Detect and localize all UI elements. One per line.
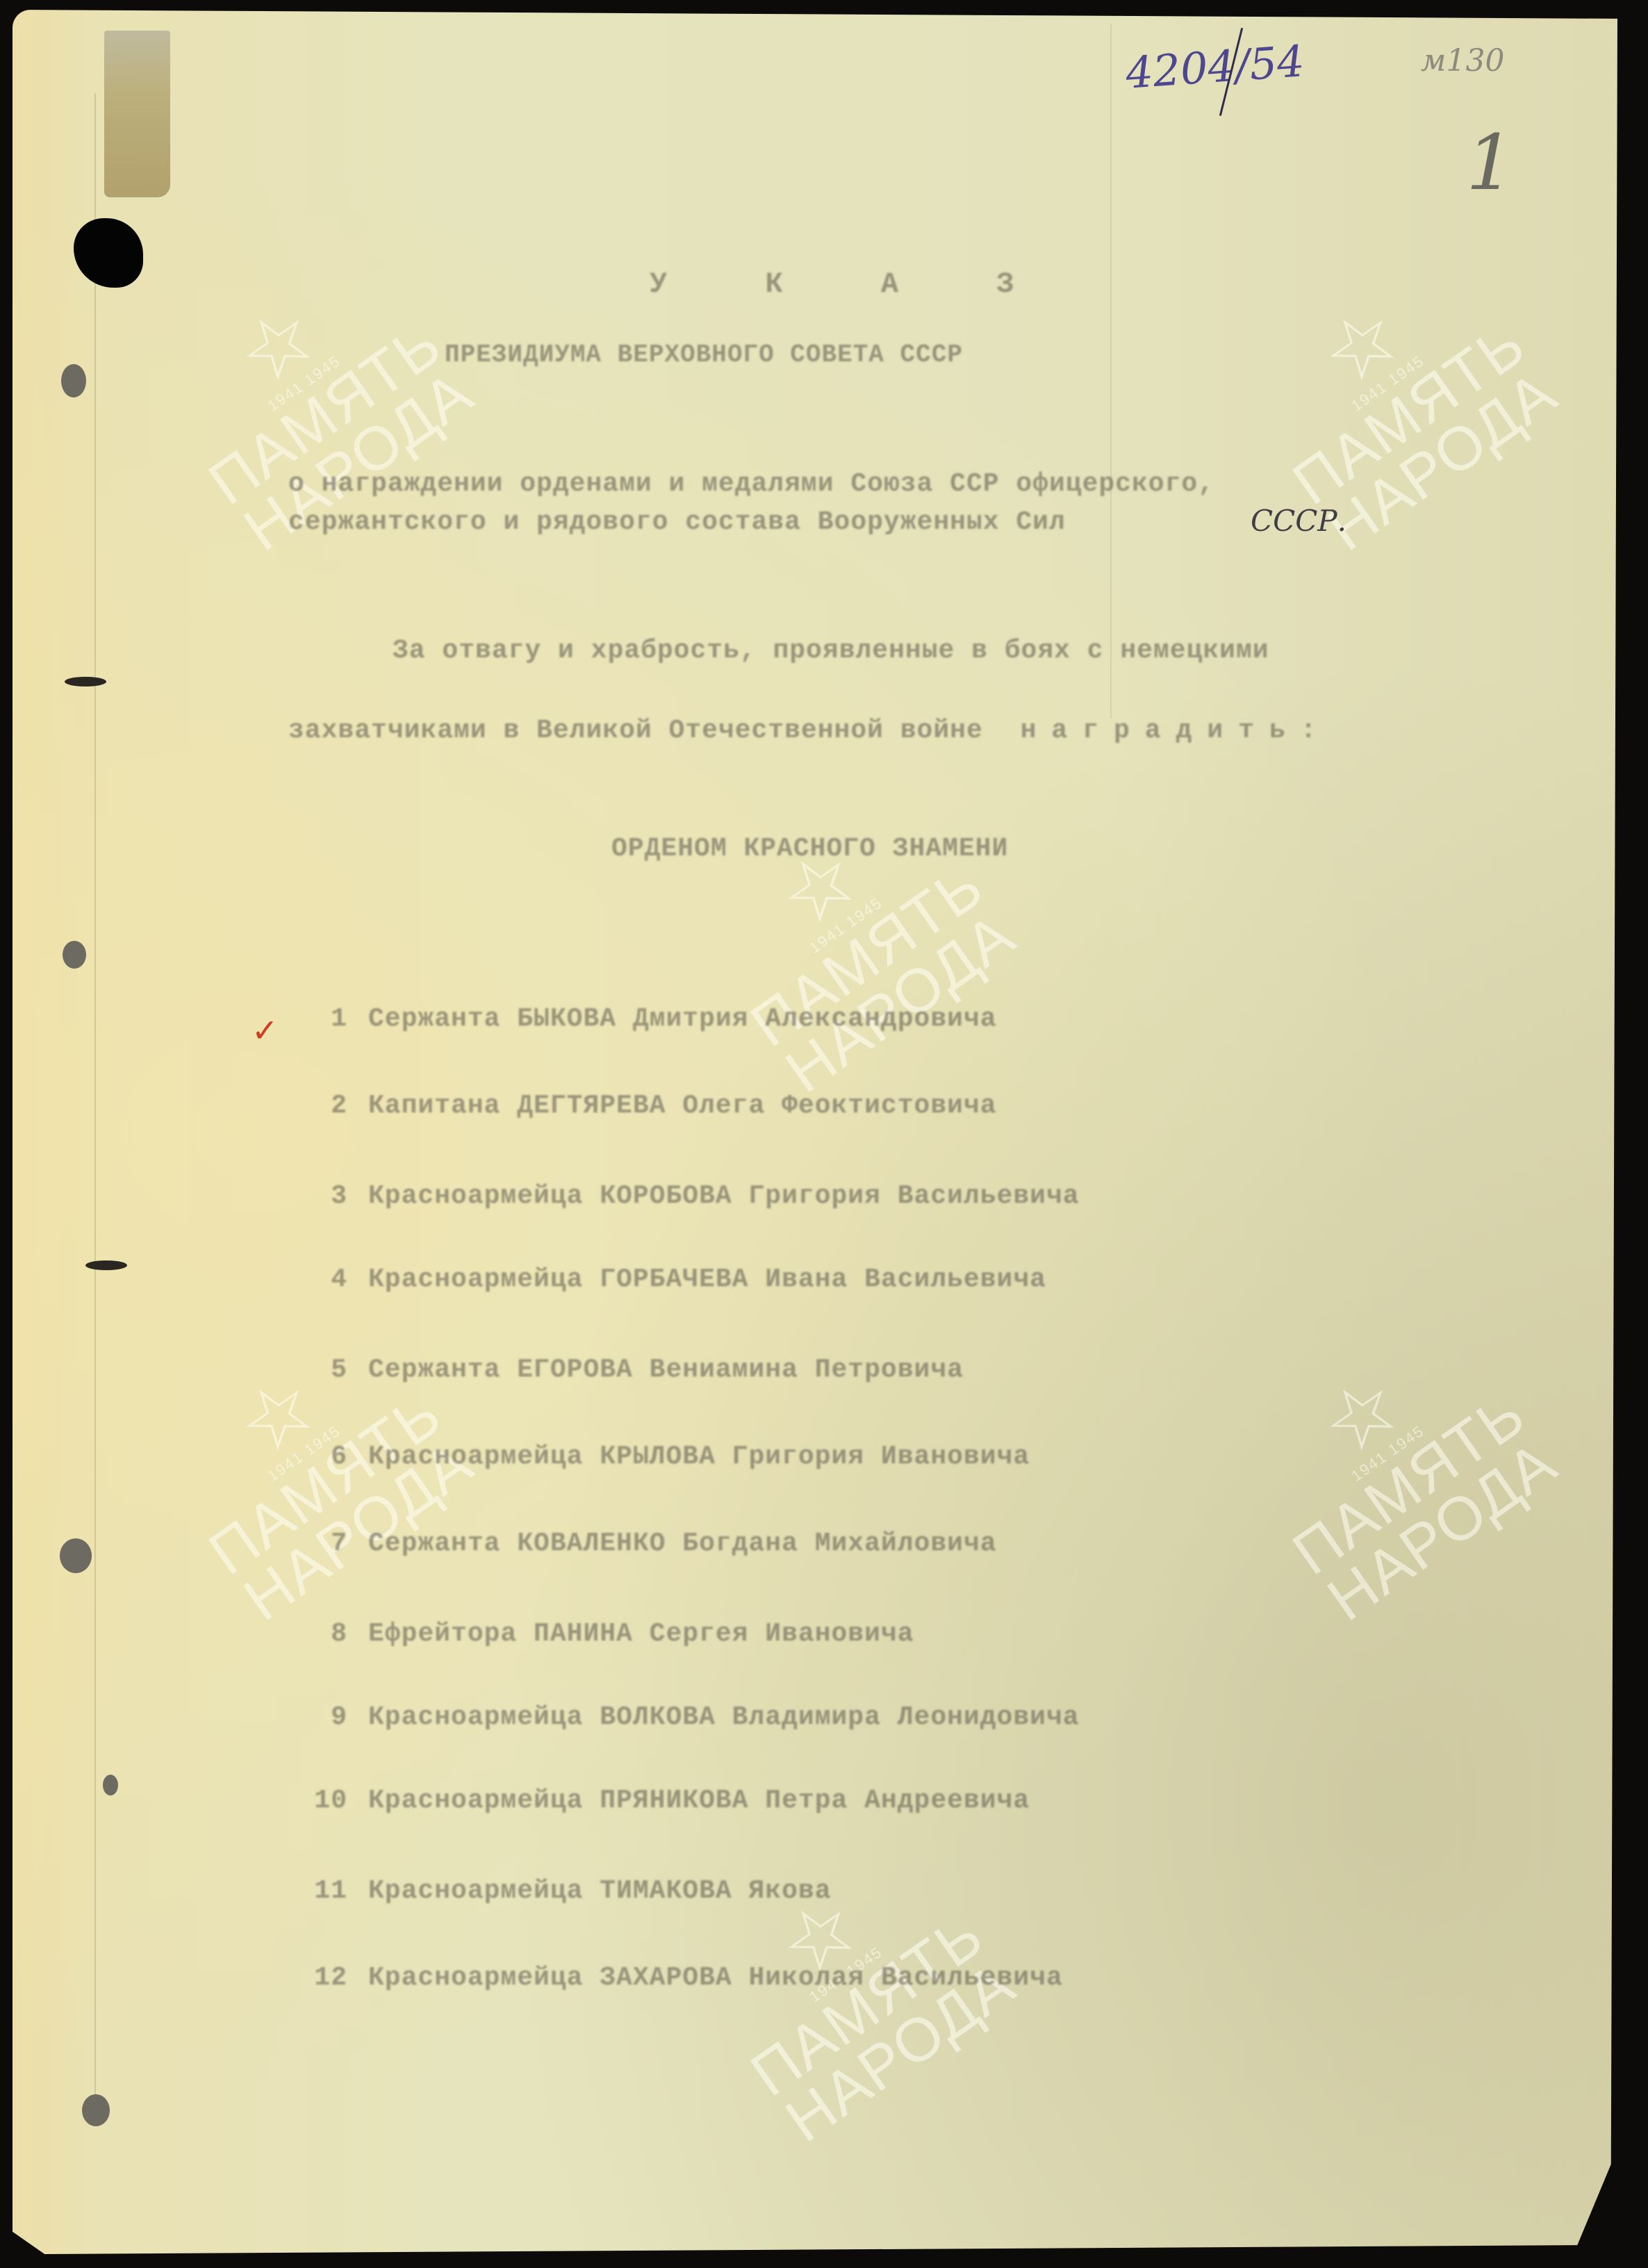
binding-hole-icon bbox=[65, 677, 106, 687]
awardee-row: 6Красноармейца КРЫЛОВА Григория Иванович… bbox=[292, 1442, 1030, 1472]
binding-hole-icon bbox=[74, 218, 143, 288]
handwritten-ussr: СССР. bbox=[1251, 504, 1346, 538]
awardee-name: Красноармейца ЗАХАРОВА Николая Васильеви… bbox=[368, 1963, 1063, 1993]
awardee-number: 7 bbox=[292, 1529, 347, 1559]
awardee-number: 5 bbox=[292, 1355, 347, 1385]
body-line-2: захватчиками в Великой Отечественной вой… bbox=[288, 716, 1332, 746]
body-line-1: За отвагу и храбрость, проявленные в боя… bbox=[393, 636, 1269, 666]
awardee-name: Сержанта КОВАЛЕНКО Богдана Михайловича bbox=[368, 1529, 997, 1559]
awardee-row: 9Красноармейца ВОЛКОВА Владимира Леонидо… bbox=[292, 1702, 1080, 1732]
awardee-number: 8 bbox=[292, 1619, 347, 1649]
binding-hole-icon bbox=[60, 1538, 92, 1573]
awardee-name: Капитана ДЕГТЯРЕВА Олега Феоктистовича bbox=[368, 1091, 997, 1121]
awardee-row: 12Красноармейца ЗАХАРОВА Николая Василье… bbox=[292, 1963, 1063, 1993]
awardee-name: Красноармейца КОРОБОВА Григория Васильев… bbox=[368, 1181, 1080, 1211]
awardee-number: 9 bbox=[292, 1702, 347, 1732]
binding-hole-icon bbox=[103, 1775, 118, 1795]
awardee-name: Красноармейца ТИМАКОВА Якова bbox=[368, 1876, 832, 1906]
awardee-name: Красноармейца ГОРБАЧЕВА Ивана Васильевич… bbox=[368, 1265, 1046, 1295]
awardee-name: Ефрейтора ПАНИНА Сергея Ивановича bbox=[368, 1619, 914, 1649]
award-heading: ОРДЕНОМ КРАСНОГО ЗНАМЕНИ bbox=[611, 834, 1008, 864]
page-number: 1 bbox=[1466, 118, 1515, 207]
awardee-row: 3Красноармейца КОРОБОВА Григория Василье… bbox=[292, 1181, 1080, 1211]
awardee-number: 2 bbox=[292, 1091, 347, 1121]
awardee-number: 12 bbox=[292, 1963, 347, 1993]
awardee-number: 3 bbox=[292, 1181, 347, 1211]
awardee-row: 4Красноармейца ГОРБАЧЕВА Ивана Васильеви… bbox=[292, 1265, 1046, 1295]
awardee-row: 1Сержанта БЫКОВА Дмитрия Александровича bbox=[292, 1004, 997, 1034]
binding-hole-icon bbox=[63, 941, 86, 969]
awardee-name: Красноармейца КРЫЛОВА Григория Ивановича bbox=[368, 1442, 1030, 1472]
document-subtitle: ПРЕЗИДИУМА ВЕРХОВНОГО СОВЕТА СССР bbox=[445, 340, 963, 369]
awardee-number: 1 bbox=[292, 1004, 347, 1034]
binding-fold-line bbox=[94, 93, 96, 2108]
awardee-name: Красноармейца ПРЯНИКОВА Петра Андреевича bbox=[368, 1786, 1030, 1816]
awardee-name: Сержанта БЫКОВА Дмитрия Александровича bbox=[368, 1004, 997, 1034]
awardee-name: Сержанта ЕГОРОВА Вениамина Петровича bbox=[368, 1355, 964, 1385]
binding-hole-icon bbox=[61, 364, 86, 397]
awardee-row: 7Сержанта КОВАЛЕНКО Богдана Михайловича bbox=[292, 1529, 997, 1559]
binding-hole-icon bbox=[85, 1260, 127, 1270]
awardee-row: 10Красноармейца ПРЯНИКОВА Петра Андрееви… bbox=[292, 1786, 1030, 1816]
tape-remnant bbox=[104, 31, 170, 197]
reference-code: м130 bbox=[1421, 43, 1504, 79]
awardee-number: 6 bbox=[292, 1442, 347, 1472]
paper-fold-line bbox=[1110, 24, 1112, 718]
preamble-line-2: сержантского и рядового состава Вооружен… bbox=[288, 507, 1066, 537]
awardee-row: 2Капитана ДЕГТЯРЕВА Олега Феоктистовича bbox=[292, 1091, 997, 1121]
preamble-line-1: о награждении орденами и медалями Союза … bbox=[288, 469, 1214, 499]
awardee-name: Красноармейца ВОЛКОВА Владимира Леонидов… bbox=[368, 1702, 1080, 1732]
awardee-row: 8Ефрейтора ПАНИНА Сергея Ивановича bbox=[292, 1619, 914, 1649]
awardee-row: 5Сержанта ЕГОРОВА Вениамина Петровича bbox=[292, 1355, 964, 1385]
awardee-number: 10 bbox=[292, 1786, 347, 1816]
red-checkmark-icon: ✓ bbox=[252, 1012, 279, 1049]
awardee-row: 11Красноармейца ТИМАКОВА Якова bbox=[292, 1876, 832, 1906]
awardee-number: 11 bbox=[292, 1876, 347, 1906]
binding-hole-icon bbox=[82, 2094, 110, 2126]
awardee-number: 4 bbox=[292, 1265, 347, 1295]
document-title: У К А З bbox=[650, 268, 1054, 301]
